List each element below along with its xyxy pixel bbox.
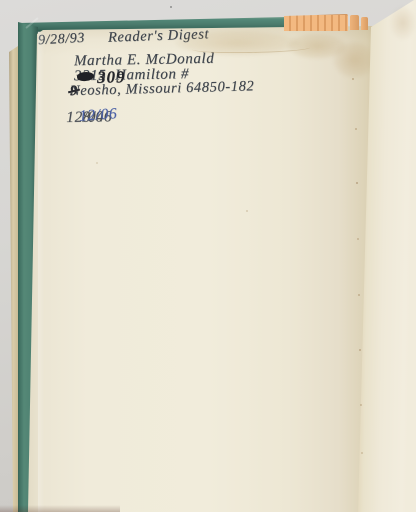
endpaper-pastedown: 9/28/93 Reader's Digest Martha E. McDona… (28, 26, 374, 512)
handwriting-city-state-zip: Neosho, Missouri 64850-1829 (70, 83, 78, 100)
water-stain (333, 42, 375, 78)
page-top-edge-tab (350, 15, 359, 30)
photo-of-open-book: 9/28/93 Reader's Digest Martha E. McDona… (0, 0, 416, 512)
flyleaf-stain (390, 6, 416, 40)
reading-date-3: 12/06 (78, 105, 117, 126)
page-top-edges-orange (284, 14, 348, 31)
struck-zip-digit: 9 (70, 83, 78, 99)
foxing-speckles (0, 0, 2, 2)
page-top-edge-tab (361, 17, 368, 30)
handwriting-acquire-date: 9/28/93 (38, 31, 86, 49)
city-text: Neosho, Missouri 64850-182 (70, 78, 255, 100)
book-bottom-shadow (0, 505, 120, 512)
book-fore-edge-pages (9, 46, 18, 512)
